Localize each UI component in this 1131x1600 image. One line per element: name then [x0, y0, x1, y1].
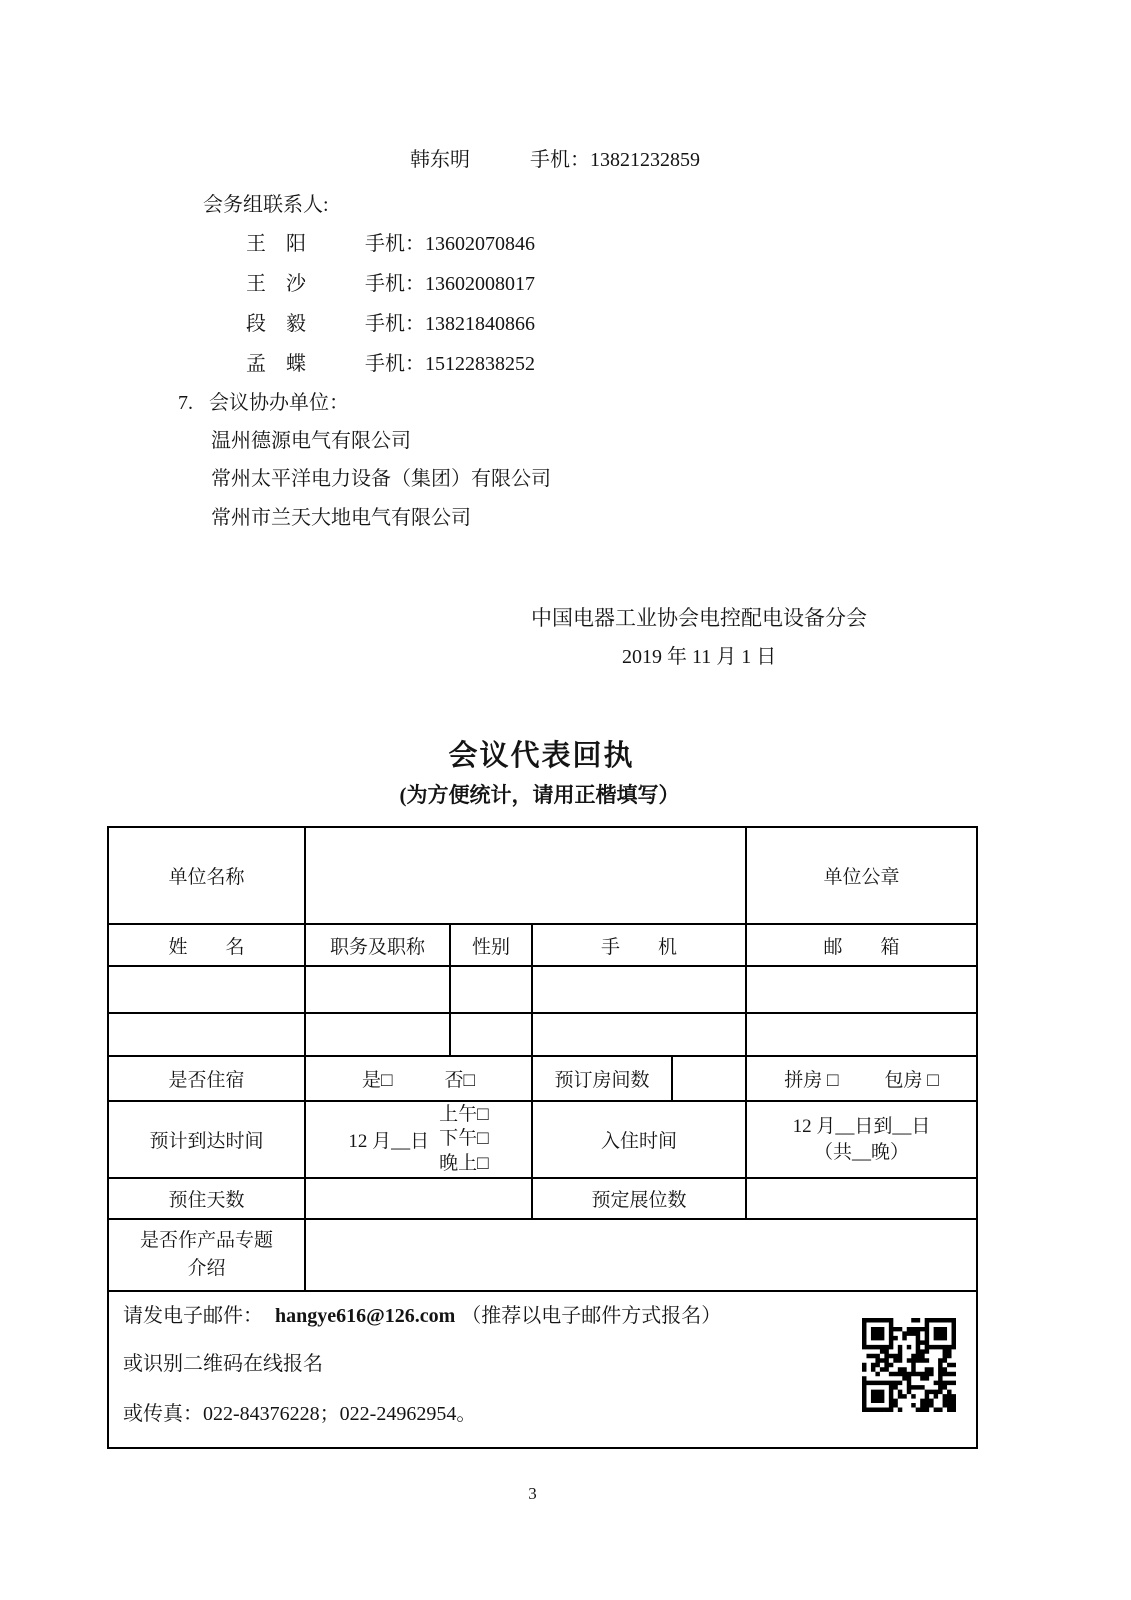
register-qr-line: 或识别二维码在线报名 — [123, 1352, 962, 1376]
phone-label: 手机： — [365, 273, 425, 295]
col-header-mobile: 手 机 — [533, 925, 747, 967]
room-type-cell: 拼房 □ 包房 □ — [747, 1057, 976, 1102]
phone-number: 13821232859 — [590, 149, 700, 171]
signature-organization: 中国电器工业协会电控配电设备分会 — [531, 602, 867, 632]
arrival-date-blank: 12 月__日 — [348, 1126, 429, 1153]
col-header-email: 邮 箱 — [747, 925, 976, 967]
stay-row: 预住天数 预定展位数 — [109, 1179, 976, 1220]
checkin-range-nights: （共__晚） — [793, 1140, 931, 1166]
contact-name: 王 阳 — [246, 227, 360, 256]
co-organizer-company: 温州德源电气有限公司 — [211, 424, 411, 453]
table-header-row: 姓 名 职务及职称 性别 手 机 邮 箱 — [109, 925, 976, 967]
rooms-label: 预订房间数 — [533, 1057, 673, 1102]
phone-label: 手机： — [365, 233, 425, 255]
register-email-line: 请发电子邮件：hangye616@126.com（推荐以电子邮件方式报名） — [123, 1304, 962, 1328]
arrival-label: 预计到达时间 — [109, 1102, 306, 1179]
unit-name-label: 单位名称 — [109, 828, 306, 925]
booths-label: 预定展位数 — [533, 1179, 747, 1220]
email-suffix: （推荐以电子邮件方式报名） — [461, 1305, 721, 1327]
evening-checkbox: 晚上□ — [439, 1152, 488, 1176]
whole-room-checkbox: 包房 □ — [885, 1065, 939, 1092]
afternoon-checkbox: 下午□ — [439, 1127, 488, 1151]
register-fax-line: 或传真：022-84376228；022-24962954。 — [123, 1402, 962, 1426]
arrival-options-cell: 12 月__日 上午□ 下午□ 晚上□ — [306, 1102, 533, 1179]
contact-line: 王 沙 手机：13602008017 — [246, 267, 535, 296]
phone-label: 手机： — [365, 353, 425, 375]
share-room-checkbox: 拼房 □ — [784, 1065, 838, 1092]
name-input-cell — [109, 1014, 306, 1057]
attendee-row — [109, 1014, 976, 1057]
contact-name: 段 毅 — [246, 307, 360, 336]
phone-number: 13821840866 — [425, 313, 535, 335]
phone-label: 手机： — [530, 149, 590, 171]
topic-label: 是否作产品专题 介绍 — [109, 1220, 306, 1292]
topic-row: 是否作产品专题 介绍 — [109, 1220, 976, 1292]
signature-date: 2019 年 11 月 1 日 — [622, 640, 776, 669]
co-organizer-company: 常州太平洋电力设备（集团）有限公司 — [211, 462, 551, 491]
mobile-input-cell — [533, 967, 747, 1014]
contact-name: 韩东明 — [410, 143, 525, 172]
unit-seal-label: 单位公章 — [747, 828, 976, 925]
unit-name-input-cell — [306, 828, 747, 925]
form-subtitle: (为方便统计，请用正楷填写） — [0, 779, 1079, 809]
col-header-gender: 性别 — [451, 925, 533, 967]
reply-form-table: 单位名称 单位公章 姓 名 职务及职称 性别 手 机 邮 箱 — [107, 826, 978, 1449]
title-input-cell — [306, 1014, 451, 1057]
contact-line: 孟 蝶 手机：15122838252 — [246, 347, 535, 376]
lodging-options-cell: 是□ 否□ — [306, 1057, 533, 1102]
name-input-cell — [109, 967, 306, 1014]
attendee-row — [109, 967, 976, 1014]
register-cell: 请发电子邮件：hangye616@126.com（推荐以电子邮件方式报名） 或识… — [109, 1292, 976, 1447]
checkin-range-dates: 12 月__日到__日 — [793, 1114, 931, 1140]
contact-line: 段 毅 手机：13821840866 — [246, 307, 535, 336]
stay-days-label: 预住天数 — [109, 1179, 306, 1220]
gender-input-cell — [451, 967, 533, 1014]
topic-label-line2: 介绍 — [187, 1258, 225, 1279]
title-input-cell — [306, 967, 451, 1014]
checkin-label: 入住时间 — [533, 1102, 747, 1179]
contacts-heading: 会务组联系人: — [203, 188, 329, 217]
form-title: 会议代表回执 — [0, 733, 1083, 774]
morning-checkbox: 上午□ — [439, 1103, 488, 1127]
topic-input-cell — [306, 1220, 976, 1292]
gender-input-cell — [451, 1014, 533, 1057]
lodging-row: 是否住宿 是□ 否□ 预订房间数 拼房 □ 包房 □ — [109, 1057, 976, 1102]
email-prefix: 请发电子邮件： — [123, 1305, 263, 1327]
qr-code — [862, 1318, 956, 1412]
phone-number: 13602008017 — [425, 273, 535, 295]
stay-days-input-cell — [306, 1179, 533, 1220]
register-row: 请发电子邮件：hangye616@126.com（推荐以电子邮件方式报名） 或识… — [109, 1292, 976, 1447]
col-header-name: 姓 名 — [109, 925, 306, 967]
phone-number: 15122838252 — [425, 353, 535, 375]
section7-heading: 7.会议协办单位： — [178, 386, 349, 415]
col-header-title: 职务及职称 — [306, 925, 451, 967]
lodging-yes-checkbox: 是□ — [362, 1065, 392, 1092]
mobile-input-cell — [533, 1014, 747, 1057]
page-number: 3 — [0, 1484, 1065, 1504]
phone-label: 手机： — [365, 313, 425, 335]
contact-name: 王 沙 — [246, 267, 360, 296]
booths-input-cell — [747, 1179, 976, 1220]
section-number: 7. — [178, 392, 209, 415]
lodging-label: 是否住宿 — [109, 1057, 306, 1102]
top-contact-line: 韩东明 手机：13821232859 — [410, 143, 700, 172]
section-title: 会议协办单位： — [209, 392, 349, 414]
email-input-cell — [747, 1014, 976, 1057]
table-row-unit: 单位名称 单位公章 — [109, 828, 976, 925]
checkin-range-cell: 12 月__日到__日 （共__晚） — [747, 1102, 976, 1179]
phone-number: 13602070846 — [425, 233, 535, 255]
arrival-row: 预计到达时间 12 月__日 上午□ 下午□ 晚上□ 入住时间 12 月__日到… — [109, 1102, 976, 1179]
email-address: hangye616@126.com — [263, 1305, 461, 1327]
topic-label-line1: 是否作产品专题 — [140, 1230, 273, 1251]
document-page: 韩东明 手机：13821232859 会务组联系人: 王 阳 手机：136020… — [0, 0, 1131, 1600]
rooms-input-cell — [673, 1057, 747, 1102]
lodging-no-checkbox: 否□ — [445, 1065, 475, 1092]
email-input-cell — [747, 967, 976, 1014]
co-organizer-company: 常州市兰天大地电气有限公司 — [211, 501, 471, 530]
contact-line: 王 阳 手机：13602070846 — [246, 227, 535, 256]
contact-name: 孟 蝶 — [246, 347, 360, 376]
